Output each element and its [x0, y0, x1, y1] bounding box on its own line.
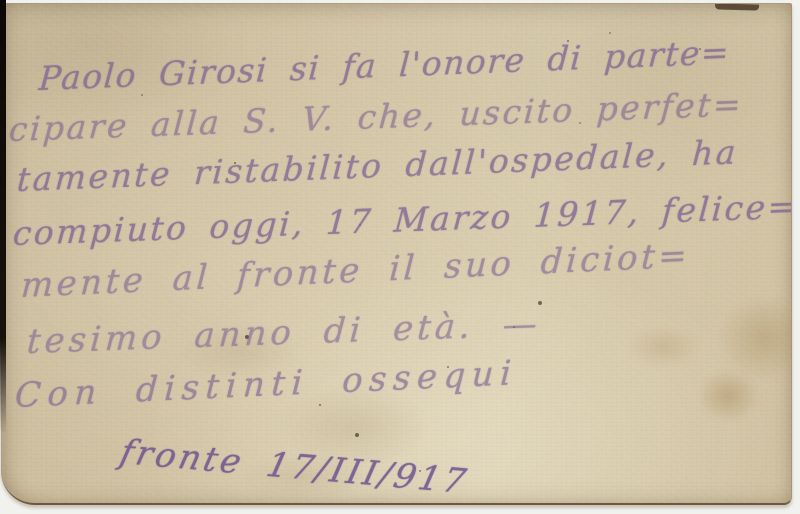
stain-right-lower [697, 370, 759, 422]
card-edge-notch [715, 3, 759, 10]
scanner-background: Paolo Girosi si fa l'onore di parte= cip… [0, 0, 800, 514]
postcard: Paolo Girosi si fa l'onore di parte= cip… [1, 3, 792, 505]
stain-right-upper [719, 296, 792, 380]
stain-right-small [627, 326, 701, 368]
scan-edge-shadow [0, 0, 6, 434]
